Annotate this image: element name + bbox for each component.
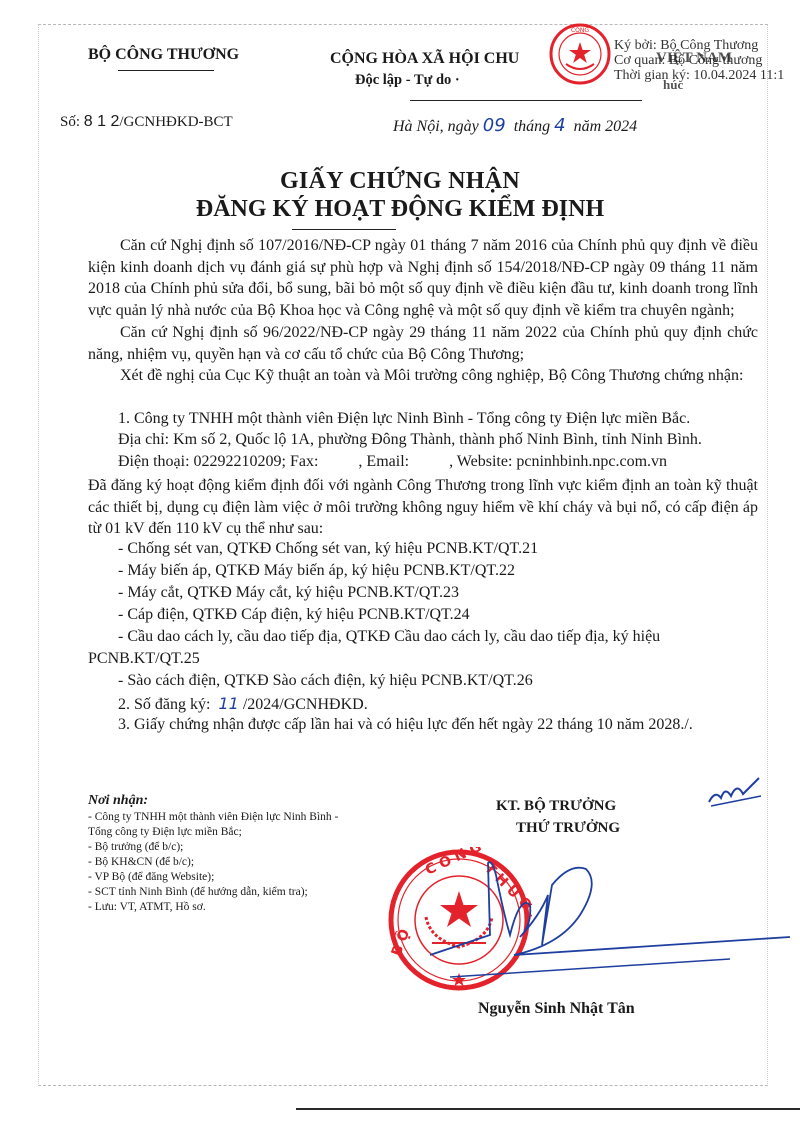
equipment-item: - Cầu dao cách ly, cầu dao tiếp địa, QTK…: [118, 628, 660, 646]
equipment-item: - Máy biến áp, QTKĐ Máy biến áp, ký hiệu…: [118, 562, 515, 580]
recipient-item: Tổng công ty Điện lực miền Bắc;: [88, 825, 242, 840]
scan-edge-line: [296, 1108, 800, 1110]
national-motto: Độc lập - Tự do ·: [355, 72, 460, 89]
equipment-item: - Cáp điện, QTKĐ Cáp điện, ký hiệu PCNB.…: [118, 606, 470, 624]
issue-date: Hà Nội, ngày 09 tháng 4 năm 2024: [393, 115, 637, 136]
certificate-title: GIẤY CHỨNG NHẬN: [0, 168, 800, 195]
date-prefix: Hà Nội, ngày: [393, 118, 479, 135]
registration-value: 11: [214, 694, 242, 713]
national-title: CỘNG HÒA XÃ HỘI CHU: [330, 50, 519, 68]
company-contact: Điện thoại: 02292210209; Fax: , Email: ,…: [118, 453, 667, 471]
equipment-item: - Chống sét van, QTKĐ Chống sét van, ký …: [118, 540, 538, 558]
doc-number-label: Số:: [60, 114, 80, 130]
handwritten-signature-icon: [430, 855, 800, 995]
company-address: Địa chỉ: Km số 2, Quốc lộ 1A, phường Đôn…: [118, 431, 702, 449]
registration-label: 2. Số đăng ký:: [118, 696, 210, 713]
equipment-item-cont: PCNB.KT/QT.25: [88, 650, 200, 668]
issuing-agency: BỘ CÔNG THƯƠNG: [88, 46, 239, 64]
equipment-item: - Sào cách điện, QTKĐ Sào cách điện, ký …: [118, 672, 533, 690]
initial-mark-icon: [705, 772, 765, 812]
recipient-item: - Bộ KH&CN (để b/c);: [88, 855, 194, 870]
signer-position: THỨ TRƯỞNG: [516, 820, 620, 837]
registration-number: 2. Số đăng ký: 11/2024/GCNHĐKD.: [118, 694, 368, 714]
digital-stamp-icon: CÔNG: [548, 22, 612, 86]
certificate-subtitle: ĐĂNG KÝ HOẠT ĐỘNG KIỂM ĐỊNH: [0, 196, 800, 223]
date-month-label: tháng: [514, 118, 550, 135]
registration-suffix: /2024/GCNHĐKD.: [243, 696, 368, 713]
recipient-item: - Công ty TNHH một thành viên Điện lực N…: [88, 810, 338, 825]
date-year: năm 2024: [574, 118, 638, 135]
agency-underline: [118, 70, 214, 71]
doc-number-suffix: /GCNHĐKD-BCT: [119, 114, 232, 130]
overlay-vietnam: VIỆT NAM: [656, 50, 732, 67]
document-number: Số: 8 1 2/GCNHĐKD-BCT: [60, 113, 233, 131]
recipients-title: Nơi nhận:: [88, 793, 148, 809]
motto-underline: [410, 100, 642, 101]
svg-text:CÔNG: CÔNG: [571, 27, 589, 34]
company-name: 1. Công ty TNHH một thành viên Điện lực …: [118, 410, 690, 428]
overlay-phuc: húc: [663, 77, 683, 93]
recipient-item: - SCT tỉnh Ninh Bình (để hướng dẫn, kiểm…: [88, 885, 308, 900]
date-day: 09: [483, 115, 506, 136]
recipient-item: - Lưu: VT, ATMT, Hồ sơ.: [88, 900, 206, 915]
doc-number-value: 8 1 2: [84, 113, 120, 130]
recipient-item: - VP Bộ (để đăng Website);: [88, 870, 214, 885]
legal-basis-2: Căn cứ Nghị định số 96/2022/NĐ-CP ngày 2…: [88, 322, 758, 365]
legal-basis-1: Căn cứ Nghị định số 107/2016/NĐ-CP ngày …: [88, 235, 758, 321]
validity-statement: 3. Giấy chứng nhận được cấp lần hai và c…: [118, 716, 693, 734]
sign-time: Thời gian ký: 10.04.2024 11:1: [614, 68, 784, 83]
date-month: 4: [554, 115, 565, 136]
title-underline: [292, 229, 396, 230]
signer-authority: KT. BỘ TRƯỞNG: [496, 798, 616, 815]
equipment-item: - Máy cắt, QTKĐ Máy cắt, ký hiệu PCNB.KT…: [118, 584, 459, 602]
proposal-paragraph: Xét đề nghị của Cục Kỹ thuật an toàn và …: [88, 365, 758, 387]
signer-name: Nguyễn Sinh Nhật Tân: [478, 1000, 635, 1018]
scope-paragraph: Đã đăng ký hoạt động kiểm định đối với n…: [88, 475, 758, 540]
recipient-item: - Bộ trưởng (để b/c);: [88, 840, 183, 855]
